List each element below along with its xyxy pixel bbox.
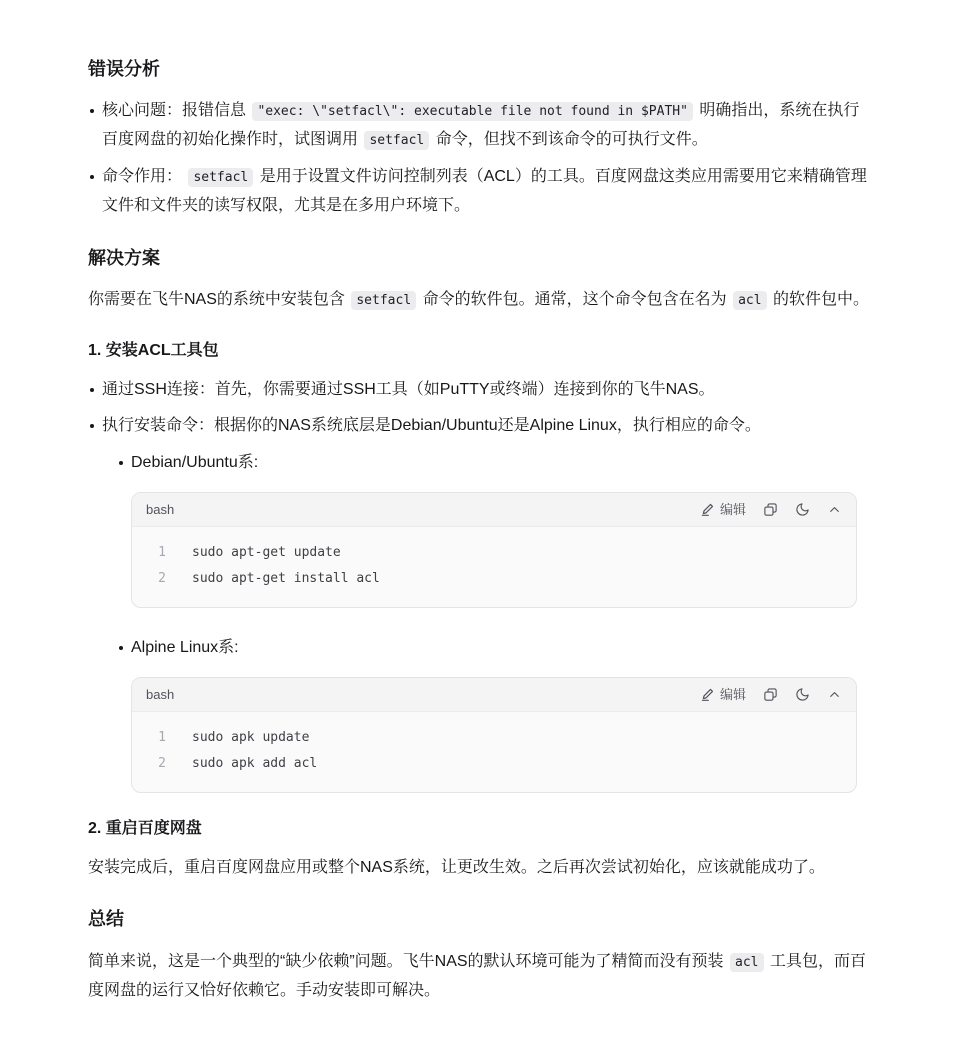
collapse-button[interactable] xyxy=(827,687,842,702)
heading-error-analysis: 错误分析 xyxy=(88,58,869,81)
para-text: 的软件包中。 xyxy=(769,291,869,308)
moon-icon xyxy=(795,687,810,702)
solution-intro: 你需要在飞牛NAS的系统中安装包含 setfacl 命令的软件包。通常，这个命令… xyxy=(88,286,869,315)
code-block-header: bash 编辑 xyxy=(132,493,856,527)
install-steps-list: 通过SSH连接：首先，你需要通过SSH工具（如PuTTY或终端）连接到你的飞牛N… xyxy=(88,376,869,793)
edit-button[interactable]: 编辑 xyxy=(700,687,746,702)
moon-icon xyxy=(795,502,810,517)
answer-document: 错误分析 核心问题：报错信息 "exec: \"setfacl\": execu… xyxy=(0,0,957,1049)
bullet-text: 执行安装命令：根据你的NAS系统底层是Debian/Ubuntu还是Alpine… xyxy=(102,417,761,434)
summary-paragraph: 简单来说，这是一个典型的“缺少依赖”问题。飞牛NAS的默认环境可能为了精简而没有… xyxy=(88,948,869,1006)
line-number: 1 xyxy=(144,540,166,566)
heading-step1: 1. 安装ACL工具包 xyxy=(88,341,869,362)
code-line: 2 sudo apk add acl xyxy=(132,751,856,777)
bullet-text: Debian/Ubuntu系: xyxy=(131,454,258,471)
bullet-text: 命令，但找不到该命令的可执行文件。 xyxy=(431,131,707,148)
bullet-text: Alpine Linux系: xyxy=(131,639,239,656)
error-analysis-list: 核心问题：报错信息 "exec: \"setfacl\": executable… xyxy=(88,97,869,220)
code-line: 1 sudo apk update xyxy=(132,725,856,751)
bullet-text: 命令作用： xyxy=(102,168,186,185)
heading-step2: 2. 重启百度网盘 xyxy=(88,819,869,840)
para-text: 命令的软件包。通常，这个命令包含在名为 xyxy=(418,291,731,308)
bullet-text: 核心问题：报错信息 xyxy=(102,102,250,119)
chevron-up-icon xyxy=(827,687,842,702)
list-item: 执行安装命令：根据你的NAS系统底层是Debian/Ubuntu还是Alpine… xyxy=(88,412,869,792)
theme-toggle-button[interactable] xyxy=(795,502,810,517)
copy-button[interactable] xyxy=(763,502,778,517)
inline-code: setfacl xyxy=(364,131,429,150)
edit-pencil-icon xyxy=(700,687,715,702)
code-toolbar: 编辑 xyxy=(700,502,842,517)
copy-icon xyxy=(763,502,778,517)
inline-code: acl xyxy=(733,291,766,310)
para-text: 你需要在飞牛NAS的系统中安装包含 xyxy=(88,291,349,308)
list-item: 通过SSH连接：首先，你需要通过SSH工具（如PuTTY或终端）连接到你的飞牛N… xyxy=(88,376,869,405)
code-text: sudo apt-get install acl xyxy=(192,566,380,592)
theme-toggle-button[interactable] xyxy=(795,687,810,702)
edit-pencil-icon xyxy=(700,502,715,517)
list-item-alpine: Alpine Linux系: bash 编辑 xyxy=(117,634,869,793)
chevron-up-icon xyxy=(827,502,842,517)
edit-button-label: 编辑 xyxy=(720,688,746,701)
step2-paragraph: 安装完成后，重启百度网盘应用或整个NAS系统，让更改生效。之后再次尝试初始化，应… xyxy=(88,854,869,883)
bullet-text: 通过SSH连接：首先，你需要通过SSH工具（如PuTTY或终端）连接到你的飞牛N… xyxy=(102,381,715,398)
code-block-alpine: bash 编辑 xyxy=(131,677,857,793)
code-language-label: bash xyxy=(146,688,174,701)
edit-button[interactable]: 编辑 xyxy=(700,502,746,517)
code-block-header: bash 编辑 xyxy=(132,678,856,712)
heading-summary: 总结 xyxy=(88,908,869,931)
line-number: 2 xyxy=(144,751,166,777)
edit-button-label: 编辑 xyxy=(720,503,746,516)
code-toolbar: 编辑 xyxy=(700,687,842,702)
line-number: 1 xyxy=(144,725,166,751)
collapse-button[interactable] xyxy=(827,502,842,517)
inline-code: "exec: \"setfacl\": executable file not … xyxy=(252,102,692,121)
inline-code: setfacl xyxy=(188,168,253,187)
line-number: 2 xyxy=(144,566,166,592)
copy-button[interactable] xyxy=(763,687,778,702)
heading-solution: 解决方案 xyxy=(88,247,869,270)
list-item: 命令作用： setfacl 是用于设置文件访问控制列表（ACL）的工具。百度网盘… xyxy=(88,163,869,221)
distro-list: Debian/Ubuntu系: bash 编辑 xyxy=(117,449,869,793)
inline-code: setfacl xyxy=(351,291,416,310)
code-block-debian: bash 编辑 xyxy=(131,492,857,608)
code-text: sudo apt-get update xyxy=(192,540,341,566)
code-language-label: bash xyxy=(146,503,174,516)
code-text: sudo apk add acl xyxy=(192,751,317,777)
copy-icon xyxy=(763,687,778,702)
code-body: 1 sudo apt-get update 2 sudo apt-get ins… xyxy=(132,527,856,607)
list-item-debian: Debian/Ubuntu系: bash 编辑 xyxy=(117,449,869,608)
code-line: 2 sudo apt-get install acl xyxy=(132,566,856,592)
code-body: 1 sudo apk update 2 sudo apk add acl xyxy=(132,712,856,792)
code-text: sudo apk update xyxy=(192,725,309,751)
inline-code: acl xyxy=(730,953,763,972)
code-line: 1 sudo apt-get update xyxy=(132,540,856,566)
para-text: 简单来说，这是一个典型的“缺少依赖”问题。飞牛NAS的默认环境可能为了精简而没有… xyxy=(88,953,728,970)
list-item: 核心问题：报错信息 "exec: \"setfacl\": executable… xyxy=(88,97,869,155)
